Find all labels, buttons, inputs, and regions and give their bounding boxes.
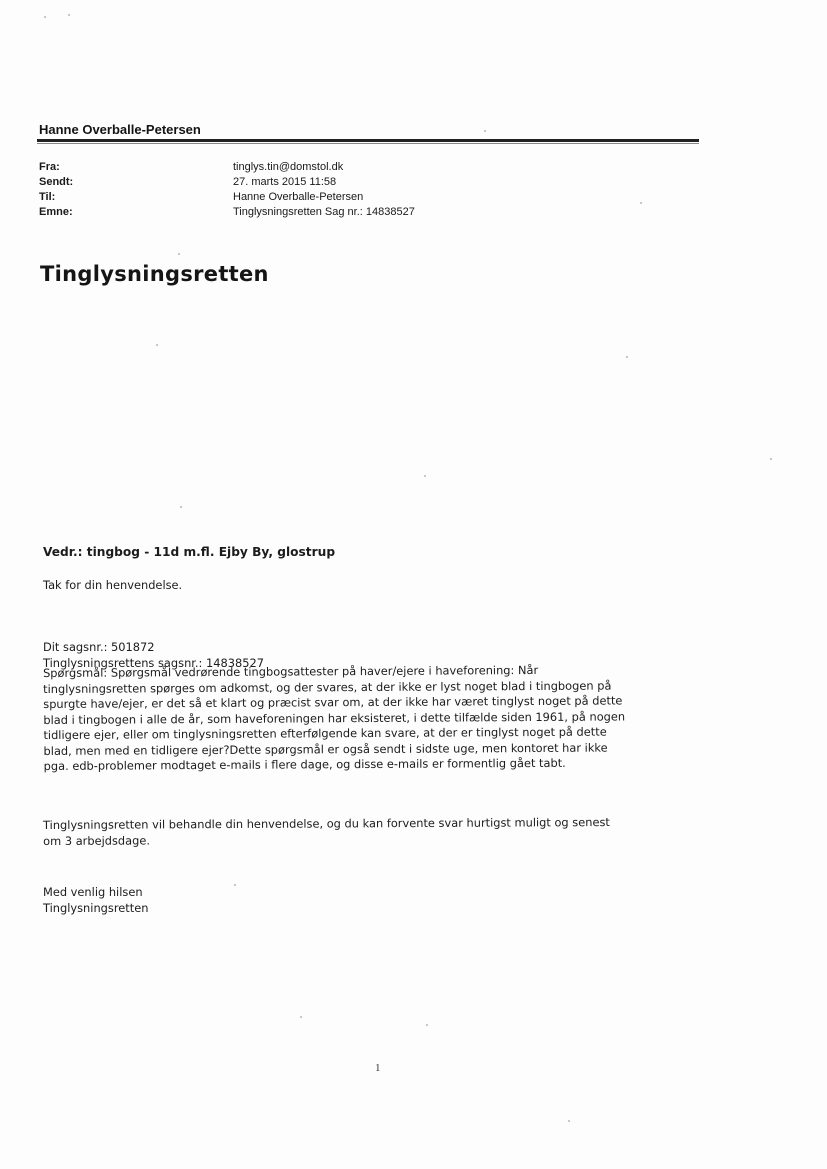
scan-speck (626, 356, 628, 358)
your-case-number: Dit sagsnr.: 501872 (43, 640, 264, 656)
header-divider-shadow (37, 143, 699, 144)
scan-speck (234, 884, 236, 886)
from-address: tinglys.tin@domstol.dk (233, 160, 343, 175)
header-label: Emne: (39, 205, 233, 220)
closing-salutation: Med venlig hilsen (43, 885, 148, 901)
signature-block: Med venlig hilsen Tinglysningsretten (43, 885, 148, 916)
response-paragraph: Tinglysningsretten vil behandle din henv… (43, 815, 703, 849)
letterhead-title: Tinglysningsretten (40, 262, 269, 286)
page-number: 1 (375, 1062, 381, 1074)
header-label: Til: (39, 190, 233, 205)
scan-speck (156, 344, 158, 346)
sender-name: Hanne Overballe-Petersen (39, 122, 201, 137)
header-row-sent: Sendt: 27. marts 2015 11:58 (39, 175, 415, 190)
scan-speck (68, 14, 70, 16)
response-line: om 3 arbejdsdage. (43, 830, 703, 849)
scan-speck (426, 1024, 428, 1026)
email-header-fields: Fra: tinglys.tin@domstol.dk Sendt: 27. m… (39, 160, 415, 220)
signature-name: Tinglysningsretten (43, 901, 148, 917)
scan-speck (568, 1120, 570, 1122)
sent-date: 27. marts 2015 11:58 (233, 175, 336, 190)
scan-speck (178, 253, 180, 255)
header-label: Fra: (39, 160, 233, 175)
scan-speck (424, 475, 426, 477)
scan-speck (300, 1016, 302, 1018)
header-row-subject: Emne: Tinglysningsretten Sag nr.: 148385… (39, 205, 415, 220)
to-recipient: Hanne Overballe-Petersen (233, 190, 363, 205)
message-subject: Vedr.: tingbog - 11d m.fl. Ejby By, glos… (43, 545, 335, 561)
header-label: Sendt: (39, 175, 233, 190)
scan-speck (180, 506, 182, 508)
scanned-page: Hanne Overballe-Petersen Fra: tinglys.ti… (0, 0, 827, 1169)
scan-speck (484, 130, 486, 132)
greeting: Tak for din henvendelse. (43, 578, 182, 594)
header-row-from: Fra: tinglys.tin@domstol.dk (39, 160, 415, 175)
header-divider (37, 139, 699, 142)
scan-speck (640, 202, 642, 204)
header-row-to: Til: Hanne Overballe-Petersen (39, 190, 415, 205)
scan-speck (770, 458, 772, 460)
scan-speck (44, 16, 46, 18)
email-subject: Tinglysningsretten Sag nr.: 14838527 (233, 205, 415, 220)
question-paragraph: Spørgsmål: Spørgsmål vedrørende tingbogs… (43, 662, 704, 775)
question-line: pga. edb-problemer modtaget e-mails i fl… (44, 755, 704, 775)
